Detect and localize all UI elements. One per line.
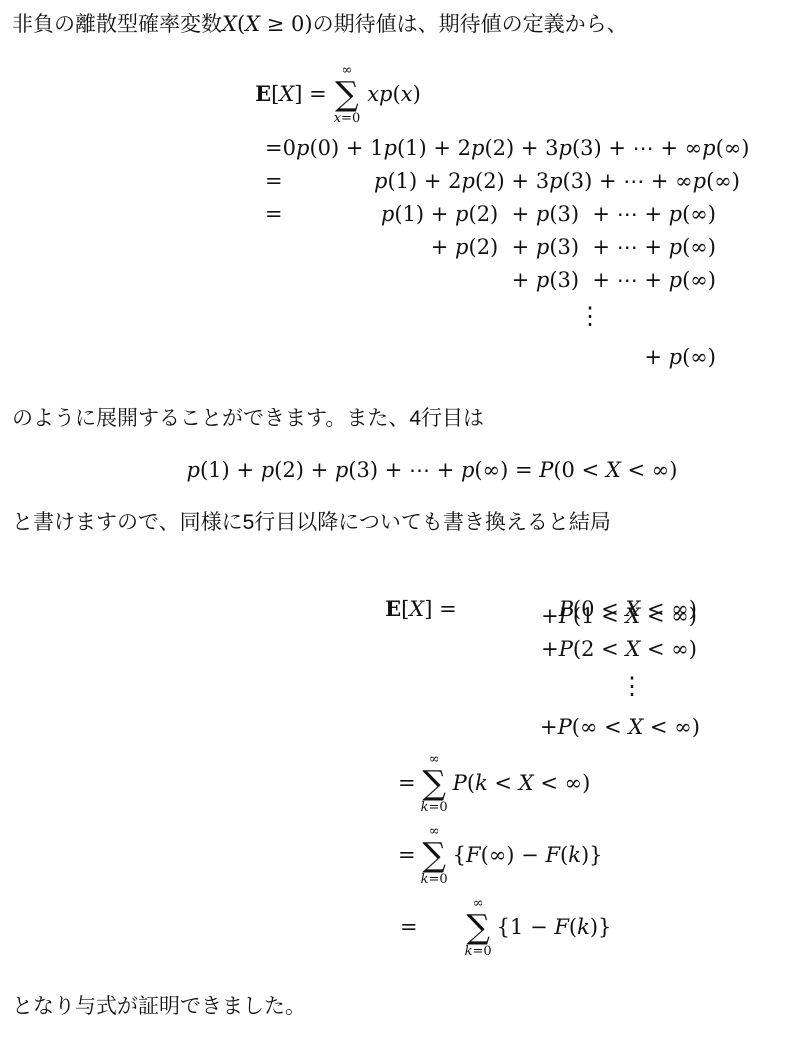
equals-sign: = bbox=[265, 168, 283, 194]
expansion-expr-3: p(1) + 2p(2) + 3p(3) + ⋯ + ∞p(∞) bbox=[374, 168, 740, 194]
intro-paragraph: 非負の離散型確率変数X(X ≥ 0)の期待値は、期待値の定義から、 bbox=[12, 11, 628, 38]
final-row-8: = ∞ ∑ k=0 {1 − F(k)} bbox=[400, 894, 611, 960]
line4-equation: p(1) + p(2) + p(3) + ⋯ + p(∞) = P(0 < X … bbox=[187, 458, 678, 482]
expansion-expr-8: + p(∞) bbox=[644, 344, 716, 370]
vertical-dots-expansion: ⋮ bbox=[578, 304, 602, 328]
expectation-E: E bbox=[255, 81, 271, 106]
sum-symbol-x: ∞ ∑ x=0 bbox=[334, 64, 361, 125]
sigma-icon: ∑ bbox=[466, 912, 490, 942]
sum-symbol-k: ∞ ∑ k=0 bbox=[421, 825, 448, 886]
equals-sign: = bbox=[398, 842, 416, 868]
equals-sign: = bbox=[398, 770, 416, 796]
sigma-icon: ∑ bbox=[422, 840, 446, 870]
intro-text-pre: 非負の離散型確率変数 bbox=[12, 13, 222, 36]
expansion-row-8: + p(∞) bbox=[265, 344, 716, 370]
intro-inline-math: X(X ≥ 0) bbox=[222, 12, 313, 36]
vertical-dots-final: ⋮ bbox=[620, 674, 644, 698]
sum-lower-limit: k=0 bbox=[421, 801, 448, 814]
expansion-row-4: = p(1) + p(2) + p(3) + ⋯ + p(∞) bbox=[265, 201, 716, 227]
final-row-3: +P(2 < X < ∞) bbox=[345, 636, 697, 662]
sum-lower-limit: x=0 bbox=[334, 112, 361, 125]
final-expr-2: +P(1 < X < ∞) bbox=[541, 603, 697, 629]
final-expr-7: {F(∞) − F(k)} bbox=[453, 842, 603, 868]
line4-equation-row: p(1) + p(2) + p(3) + ⋯ + p(∞) = P(0 < X … bbox=[62, 457, 800, 483]
math-document-page: 非負の離散型確率変数X(X ≥ 0)の期待値は、期待値の定義から、 E[X] =… bbox=[0, 0, 800, 1058]
expansion-expr-4: p(1) + p(2) + p(3) + ⋯ + p(∞) bbox=[381, 201, 716, 227]
final-row-5: +P(∞ < X < ∞) bbox=[345, 714, 700, 740]
equals-sign: = bbox=[265, 201, 283, 227]
expansion-row-5: + p(2) + p(3) + ⋯ + p(∞) bbox=[265, 234, 716, 260]
rewrite-note-paragraph: と書けますので、同様に5行目以降についても書き換えると結局 bbox=[12, 510, 611, 536]
sum-lower-limit: k=0 bbox=[465, 945, 492, 958]
final-row-7: = ∞ ∑ k=0 {F(∞) − F(k)} bbox=[398, 822, 603, 888]
sum-symbol-k: ∞ ∑ k=0 bbox=[421, 753, 448, 814]
sum-lower-limit: k=0 bbox=[421, 873, 448, 886]
final-expr-6: P(k < X < ∞) bbox=[453, 770, 591, 796]
final-expr-5: +P(∞ < X < ∞) bbox=[540, 714, 700, 740]
equals-sign: = bbox=[265, 135, 283, 161]
intro-text-post: の期待値は、期待値の定義から、 bbox=[313, 13, 628, 36]
expectation-lhs: [X] = bbox=[271, 82, 327, 106]
expansion-expr-2: 0p(0) + 1p(1) + 2p(2) + 3p(3) + ⋯ + ∞p(∞… bbox=[283, 135, 750, 161]
sum-symbol-k: ∞ ∑ k=0 bbox=[465, 897, 492, 958]
sum-body: xp(x) bbox=[367, 81, 421, 107]
expansion-expr-5: + p(2) + p(3) + ⋯ + p(∞) bbox=[431, 234, 716, 260]
equals-sign: = bbox=[400, 914, 418, 940]
expansion-row-definition: E[X] = ∞ ∑ x=0 xp(x) bbox=[215, 61, 421, 127]
expansion-row-2: = 0p(0) + 1p(1) + 2p(2) + 3p(3) + ⋯ + ∞p… bbox=[265, 135, 740, 161]
sigma-icon: ∑ bbox=[422, 768, 446, 798]
final-row-2: +P(1 < X < ∞) bbox=[345, 603, 697, 629]
expansion-row-6: + p(3) + ⋯ + p(∞) bbox=[265, 267, 716, 293]
final-expr-8: {1 − F(k)} bbox=[497, 914, 612, 940]
sigma-icon: ∑ bbox=[335, 79, 359, 109]
final-row-6: = ∞ ∑ k=0 P(k < X < ∞) bbox=[398, 750, 590, 816]
expand-note-paragraph: のように展開することができます。また、4行目は bbox=[12, 406, 484, 432]
expansion-expr-6: + p(3) + ⋯ + p(∞) bbox=[512, 267, 716, 293]
expansion-row-3: = p(1) + 2p(2) + 3p(3) + ⋯ + ∞p(∞) bbox=[265, 168, 740, 194]
conclusion-paragraph: となり与式が証明できました。 bbox=[12, 994, 306, 1020]
final-expr-3: +P(2 < X < ∞) bbox=[541, 636, 697, 662]
